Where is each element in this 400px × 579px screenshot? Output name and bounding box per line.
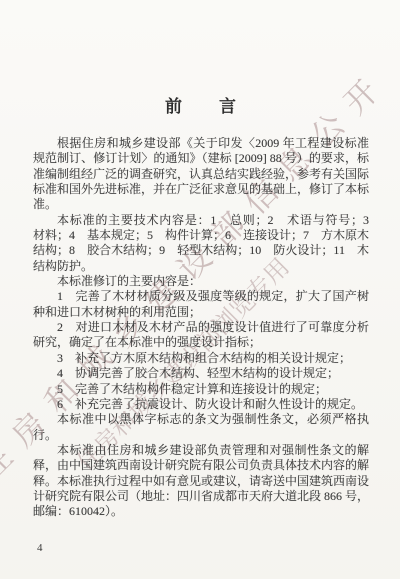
paragraph: 4 协调完善了胶合木结构、轻型木结构的设计规定；: [33, 366, 369, 381]
paragraph: 1 完善了木材材质分级及强度等级的规定，扩大了国产树种和进口木材树种的利用范围；: [33, 289, 369, 320]
paragraph: 本标准的主要技术内容是：1 总则；2 术语与符号；3 材料；4 基本规定；5 构…: [33, 213, 369, 274]
paragraph: 根据住房和城乡建设部《关于印发〈2009 年工程建设标准规范制订、修订计划〉的通…: [33, 136, 369, 213]
page-number: 4: [37, 542, 43, 554]
paragraph: 2 对进口木材及木材产品的强度设计值进行了可靠度分析研究，确定了在本标准中的强度…: [33, 320, 369, 351]
paragraph: 5 完善了木结构构件稳定计算和连接设计的规定；: [33, 382, 369, 397]
paragraph: 本标准修订的主要内容是：: [33, 274, 369, 289]
paragraph: 本标准中以黑体字标志的条文为强制性条文，必须严格执行。: [33, 412, 369, 443]
paragraph: 3 补充了方木原木结构和组合木结构的相关设计规定；: [33, 351, 369, 366]
page-title: 前 言: [33, 92, 369, 117]
document-page: 住房和城乡建设部信息公开 住房和城乡建设部浏览专用 前 言 根据住房和城乡建设部…: [0, 0, 400, 579]
body-text: 根据住房和城乡建设部《关于印发〈2009 年工程建设标准规范制订、修订计划〉的通…: [33, 136, 369, 520]
paragraph: 本标准由住房和城乡建设部负责管理和对强制性条文的解释，由中国建筑西南设计研究院有…: [33, 443, 369, 520]
paragraph: 6 补充完善了抗震设计、防火设计和耐久性设计的规定。: [33, 397, 369, 412]
